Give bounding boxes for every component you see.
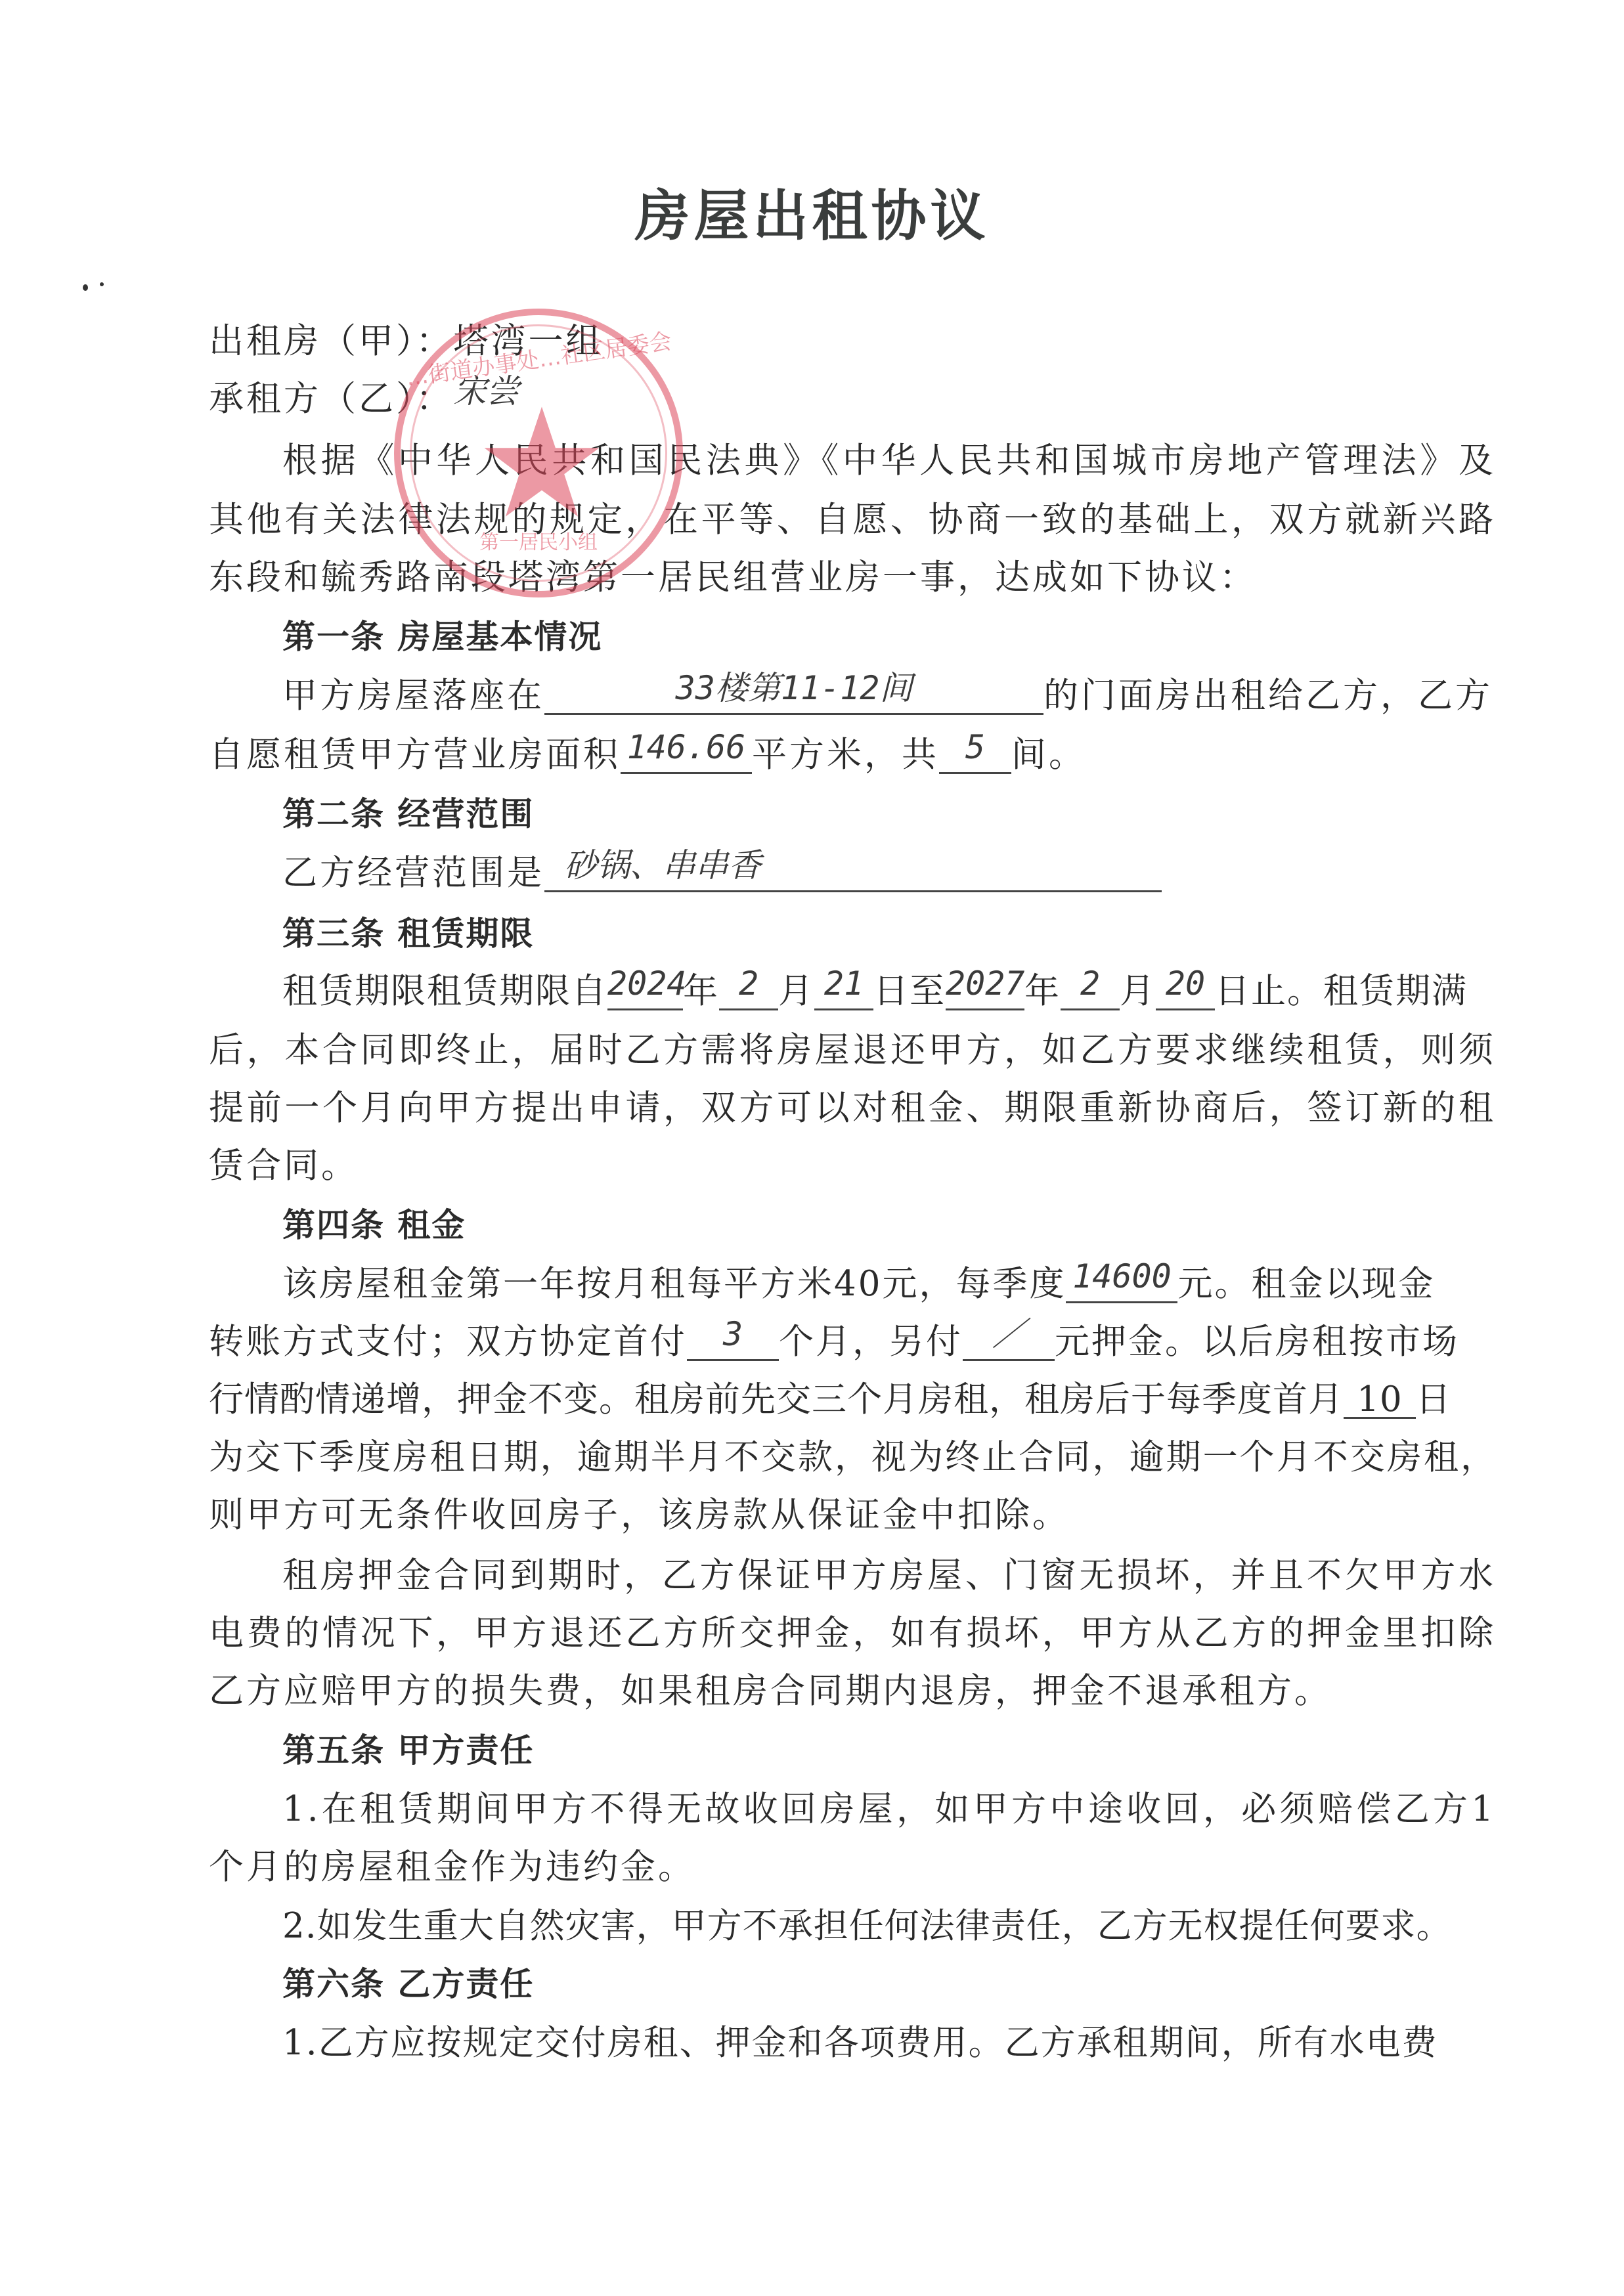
article-5-item-1-line-1: 1.在租赁期间甲方不得无故收回房屋，如甲方中途收回，必须赔偿乙方1 <box>282 1790 1496 1829</box>
article-3-line-1: 租赁期限租赁期限自2024年2月21日至2027年2月20日止。租赁期满 <box>282 972 1496 1011</box>
start-year-value: 2024 <box>607 964 686 1003</box>
location-field: 33楼第11-12间 <box>544 676 1043 715</box>
article-5-item-1-line-2: 个月的房屋租金作为违约金。 <box>209 1848 1496 1887</box>
lessee-label: 承租方（乙）： <box>209 379 454 419</box>
end-day-field: 20 <box>1156 972 1215 1010</box>
article-4-line-4: 为交下季度房租日期，逾期半月不交款，视为终止合同，逾期一个月不交房租， <box>209 1438 1496 1477</box>
article-2-heading: 第二条 经营范围 <box>282 794 1496 834</box>
scan-speck <box>83 284 88 291</box>
article-3-heading: 第三条 租赁期限 <box>282 914 1496 953</box>
due-day-field: 10 <box>1344 1380 1416 1419</box>
text: 乙方经营范围是 <box>282 853 544 893</box>
scan-speck <box>100 282 104 286</box>
preamble-line-2: 其他有关法律法规的规定，在平等、自愿、协商一致的基础上，双方就新兴路 <box>209 500 1496 540</box>
end-month-field: 2 <box>1061 972 1120 1010</box>
article-1-line-2: 自愿租赁甲方营业房面积146.66平方米，共5间。 <box>209 735 1496 775</box>
text: 元押金。以后房租按市场 <box>1055 1322 1459 1362</box>
text: 租赁期限租赁期限自 <box>282 971 607 1011</box>
text: 自愿租赁甲方营业房面积 <box>209 735 621 775</box>
article-6-heading: 第六条 乙方责任 <box>282 1964 1496 2004</box>
text: 年 <box>1024 971 1061 1011</box>
article-3-line-3: 提前一个月向甲方提出申请，双方可以对租金、期限重新协商后，签订新的租 <box>209 1089 1496 1128</box>
deposit-field: ／ <box>963 1322 1055 1361</box>
article-1-heading: 第一条 房屋基本情况 <box>282 617 1496 657</box>
article-2-line-1: 乙方经营范围是砂锅、串串香 <box>282 854 1496 893</box>
scope-field: 砂锅、串串香 <box>544 854 1162 892</box>
document-page: 房屋出租协议 出租房（甲）：塔湾一组 承租方（乙）：宋尝 根据《中华人民共和国民… <box>0 0 1624 2296</box>
text: 的门面房出租给乙方，乙方 <box>1043 676 1493 716</box>
lessor-label: 出租房（甲）： <box>209 321 454 361</box>
location-value: 33楼第11-12间 <box>676 669 913 707</box>
lessor-value: 塔湾一组 <box>454 321 604 361</box>
article-4-line-5: 则甲方可无条件收回房子，该房款从保证金中扣除。 <box>209 1496 1496 1535</box>
text: 月 <box>778 971 814 1011</box>
end-year-value: 2027 <box>946 964 1024 1003</box>
article-3-line-4: 赁合同。 <box>209 1146 1496 1186</box>
text: 该房屋租金第一年按月租每平方米40元，每季度 <box>282 1264 1066 1304</box>
area-value: 146.66 <box>627 728 746 766</box>
article-4-para2-line-1: 租房押金合同到期时，乙方保证甲方房屋、门窗无损坏，并且不欠甲方水 <box>282 1556 1496 1595</box>
area-field: 146.66 <box>621 735 752 774</box>
start-day-value: 21 <box>824 964 864 1003</box>
text: 日至 <box>873 971 946 1011</box>
text: 年 <box>683 971 719 1011</box>
preamble-line-3: 东段和毓秀路南段塔湾第一居民组营业房一事，达成如下协议： <box>209 558 1496 597</box>
deposit-value: ／ <box>992 1315 1025 1353</box>
article-6-item-1: 1.乙方应按规定交付房租、押金和各项费用。乙方承租期间，所有水电费 <box>282 2024 1496 2063</box>
article-4-para2-line-2: 电费的情况下，甲方退还乙方所交押金，如有损坏，甲方从乙方的押金里扣除 <box>209 1614 1496 1653</box>
text: 间。 <box>1011 735 1086 775</box>
text: 平方米，共 <box>752 735 939 775</box>
lessee-line: 承租方（乙）：宋尝 <box>209 379 1496 419</box>
text: 日止。租赁期满 <box>1215 971 1468 1011</box>
rooms-value: 5 <box>965 728 985 766</box>
article-5-item-2: 2.如发生重大自然灾害，甲方不承担任何法律责任，乙方无权提任何要求。 <box>282 1907 1496 1946</box>
article-4-para2-line-3: 乙方应赔甲方的损失费，如果租房合同期内退房，押金不退承租方。 <box>209 1672 1496 1711</box>
advance-months-field: 3 <box>687 1322 779 1361</box>
article-4-line-2: 转账方式支付；双方协定首付3个月，另付／元押金。以后房租按市场 <box>209 1322 1496 1362</box>
article-4-heading: 第四条 租金 <box>282 1205 1496 1245</box>
document-title: 房屋出租协议 <box>0 172 1624 251</box>
due-day-value: 10 <box>1357 1379 1402 1419</box>
scope-value: 砂锅、串串香 <box>544 846 761 884</box>
end-day-value: 20 <box>1166 964 1205 1003</box>
quarterly-rent-value: 14600 <box>1072 1257 1172 1295</box>
preamble-line-1: 根据《中华人民共和国民法典》《中华人民共和国城市房地产管理法》及 <box>282 441 1496 481</box>
rooms-field: 5 <box>939 735 1011 774</box>
text: 个月，另付 <box>779 1322 963 1362</box>
article-1-line-1: 甲方房屋落座在33楼第11-12间的门面房出租给乙方，乙方 <box>282 676 1496 716</box>
end-month-value: 2 <box>1080 964 1100 1003</box>
start-day-field: 21 <box>814 972 873 1010</box>
text: 月 <box>1120 971 1156 1011</box>
quarterly-rent-field: 14600 <box>1066 1265 1177 1303</box>
text: 元。租金以现金 <box>1177 1264 1435 1304</box>
article-4-line-3: 行情酌情递增，押金不变。租房前先交三个月房租，租房后于每季度首月10日 <box>209 1380 1496 1419</box>
text: 转账方式支付；双方协定首付 <box>209 1322 687 1362</box>
text: 甲方房屋落座在 <box>282 676 544 716</box>
text: 行情酌情递增，押金不变。租房前先交三个月房租，租房后于每季度首月 <box>209 1379 1344 1419</box>
lessor-line: 出租房（甲）：塔湾一组 <box>209 322 1496 361</box>
text: 日 <box>1416 1379 1451 1419</box>
advance-months-value: 3 <box>723 1315 743 1353</box>
lessee-signature: 宋尝 <box>454 372 519 410</box>
end-year-field: 2027 <box>946 972 1024 1010</box>
article-5-heading: 第五条 甲方责任 <box>282 1731 1496 1770</box>
article-4-line-1: 该房屋租金第一年按月租每平方米40元，每季度14600元。租金以现金 <box>282 1265 1496 1304</box>
start-month-value: 2 <box>739 964 758 1003</box>
start-month-field: 2 <box>719 972 778 1010</box>
start-year-field: 2024 <box>607 972 683 1010</box>
article-3-line-2: 后，本合同即终止，届时乙方需将房屋退还甲方，如乙方要求继续租赁，则须 <box>209 1031 1496 1070</box>
